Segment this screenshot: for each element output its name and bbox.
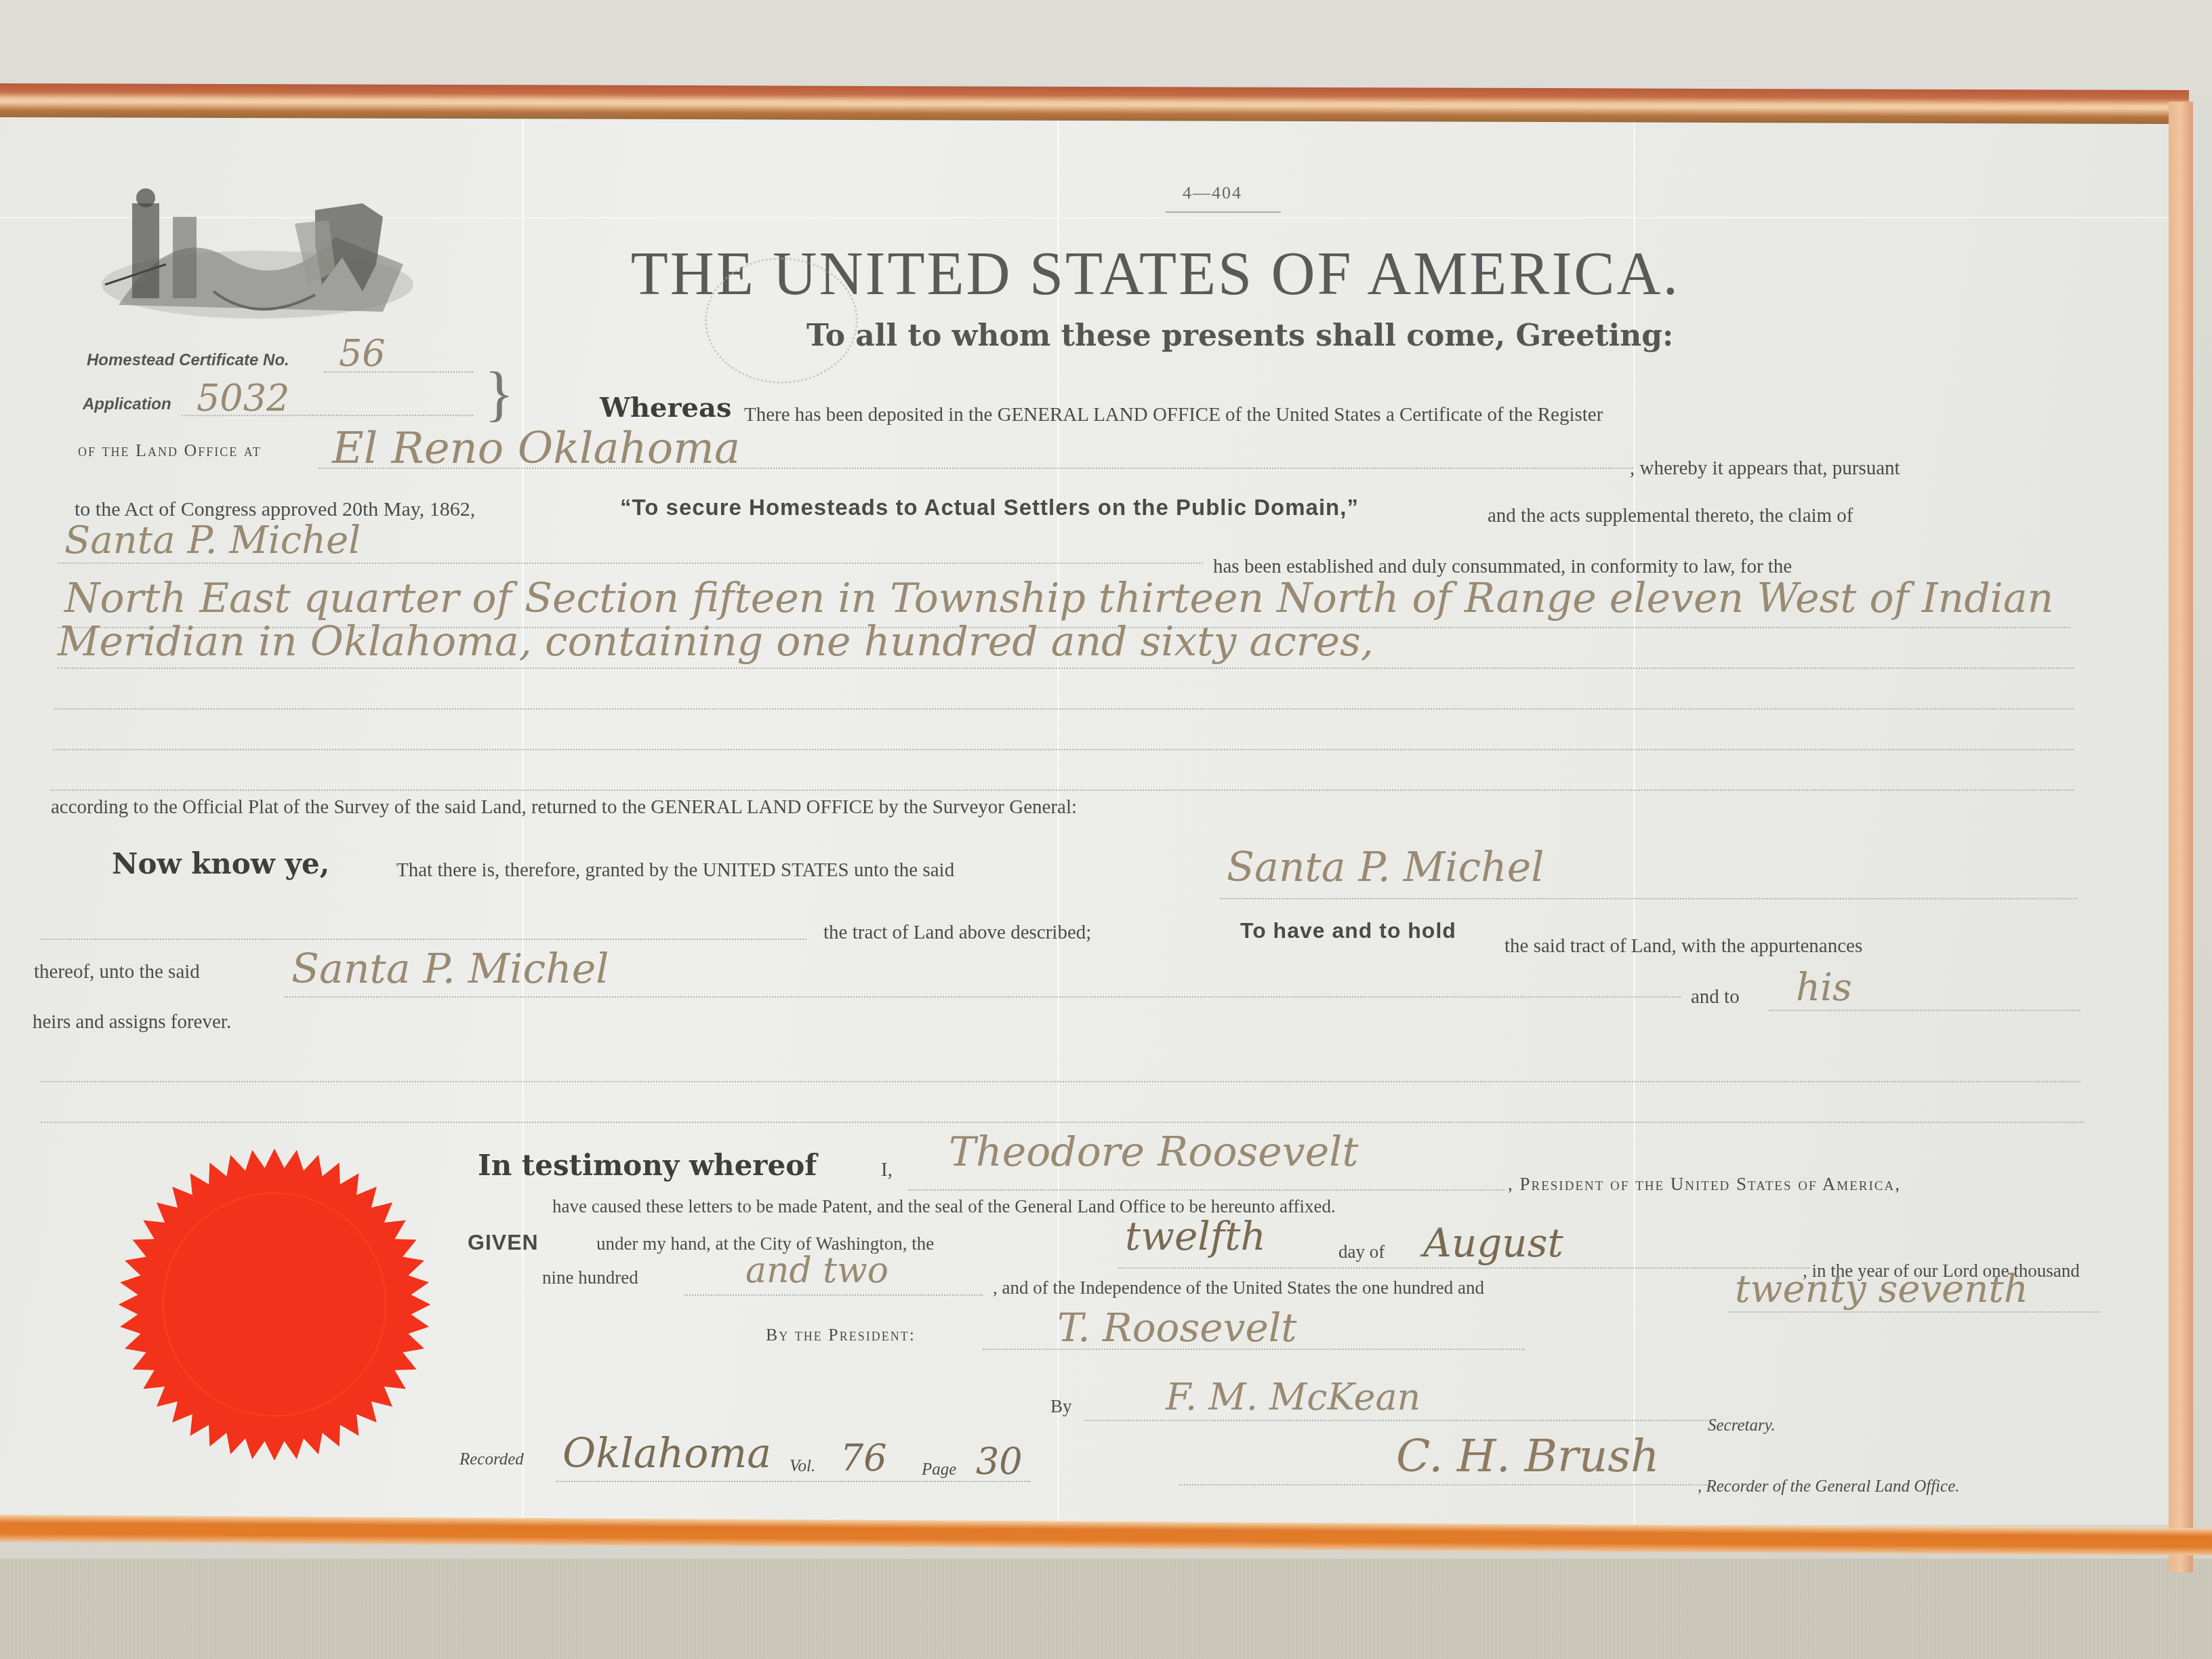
land-description-line2: Meridian in Oklahoma, containing one hun… xyxy=(58,618,1374,665)
claimant-name: Santa P. Michel xyxy=(64,518,361,562)
page-value: 30 xyxy=(976,1440,1023,1483)
to-have-and-hold: To have and to hold xyxy=(1240,918,1456,943)
field-underline xyxy=(1728,1311,2101,1313)
field-underline xyxy=(1220,898,2077,899)
president-title: , President of the United States of Amer… xyxy=(1508,1174,1901,1195)
frame-mat-top xyxy=(0,0,2212,95)
act-title: “To secure Homesteads to Actual Settlers… xyxy=(620,495,1359,520)
whereby-text: , whereby it appears that, pursuant xyxy=(1630,457,1900,480)
act-text-1: to the Act of Congress approved 20th May… xyxy=(75,498,475,521)
grantee-name-1: Santa P. Michel xyxy=(1227,844,1544,891)
vol-value: 76 xyxy=(840,1437,887,1479)
land-office-value: El Reno Oklahoma xyxy=(332,424,740,474)
paper-fold xyxy=(522,115,524,1525)
president-signature: T. Roosevelt xyxy=(1057,1305,1297,1351)
recorder-title: , Recorder of the General Land Office. xyxy=(1698,1477,1960,1496)
month-value: August xyxy=(1423,1220,1563,1266)
homestead-certificate-label: Homestead Certificate No. xyxy=(87,351,289,370)
field-underline xyxy=(58,668,2074,669)
homestead-certificate-value: 56 xyxy=(339,332,386,375)
field-underline xyxy=(1084,1420,1715,1421)
year-value: and two xyxy=(745,1250,888,1291)
independence-value: twenty seventh xyxy=(1735,1267,2028,1311)
land-description-line1: North East quarter of Section fifteen in… xyxy=(64,575,2053,622)
president-name: Theodore Roosevelt xyxy=(949,1128,1359,1176)
secretary-signature: F. M. McKean xyxy=(1166,1376,1420,1418)
application-value: 5032 xyxy=(197,377,289,419)
now-know-ye: Now know ye, xyxy=(112,847,329,880)
form-number: 4—404 xyxy=(1183,183,1242,203)
grantee-name-2: Santa P. Michel xyxy=(291,945,609,993)
field-underline xyxy=(1769,1010,2081,1011)
by-the-president-label: By the President: xyxy=(766,1325,916,1345)
recorded-state-value: Oklahoma xyxy=(562,1430,771,1477)
field-underline xyxy=(41,1122,2084,1123)
recorder-signature: C. H. Brush xyxy=(1396,1430,1660,1482)
embossed-seal-impression xyxy=(705,258,858,384)
whereas-word: Whereas xyxy=(600,392,731,424)
granted-text: That there is, therefore, granted by the… xyxy=(396,859,954,882)
frame-bevel-top xyxy=(0,83,2189,124)
day-of-text: day of xyxy=(1338,1242,1385,1263)
form-number-rule xyxy=(1166,211,1281,213)
field-underline xyxy=(41,939,806,940)
whereas-text: There has been deposited in the GENERAL … xyxy=(744,404,1603,426)
vol-label: Vol. xyxy=(790,1457,815,1476)
secretary-title: Secretary. xyxy=(1708,1416,1776,1435)
appurtenances-text: the said tract of Land, with the appurte… xyxy=(1504,935,1862,958)
field-underline xyxy=(54,708,2074,710)
nine-hundred-text: nine hundred xyxy=(542,1267,638,1288)
application-label: Application xyxy=(83,395,171,414)
pronoun-i: I, xyxy=(881,1159,893,1181)
official-plat-text: according to the Official Plat of the Su… xyxy=(51,796,1077,819)
given-word: GIVEN xyxy=(468,1230,539,1255)
frame-mat-bottom xyxy=(0,1559,2212,1659)
recorded-label: Recorded xyxy=(459,1450,524,1469)
field-underline xyxy=(51,790,2074,791)
field-underline xyxy=(556,1481,1030,1482)
bracket-brace: } xyxy=(485,359,514,429)
page-label: Page xyxy=(922,1460,956,1479)
field-underline xyxy=(53,749,2074,750)
by-label: By xyxy=(1050,1396,1072,1417)
independence-text: , and of the Independence of the United … xyxy=(993,1277,1484,1298)
land-office-label: of the Land Office at xyxy=(78,441,262,461)
field-underline xyxy=(41,1081,2081,1082)
tract-text: the tract of Land above described; xyxy=(823,922,1091,944)
act-text-2: and the acts supplemental thereto, the c… xyxy=(1488,505,1853,527)
and-to-text: and to xyxy=(1691,986,1740,1008)
field-underline xyxy=(908,1189,1504,1191)
field-underline xyxy=(684,1294,983,1296)
red-starburst-seal-icon xyxy=(115,1145,434,1464)
field-underline xyxy=(58,562,1203,564)
in-testimony: In testimony whereof xyxy=(478,1149,817,1182)
heirs-text: heirs and assigns forever. xyxy=(33,1011,231,1033)
thereof-text: thereof, unto the said xyxy=(34,961,200,983)
frame-bevel-right xyxy=(2169,102,2193,1572)
field-underline xyxy=(285,996,1681,998)
homestead-scene-engraving-icon xyxy=(91,183,424,325)
field-underline xyxy=(1179,1484,1708,1486)
greeting-line: To all to whom these presents shall come… xyxy=(806,319,1673,353)
field-underline xyxy=(1118,1267,1809,1269)
pronoun-value: his xyxy=(1796,966,1852,1010)
day-value: twelfth xyxy=(1125,1213,1266,1259)
